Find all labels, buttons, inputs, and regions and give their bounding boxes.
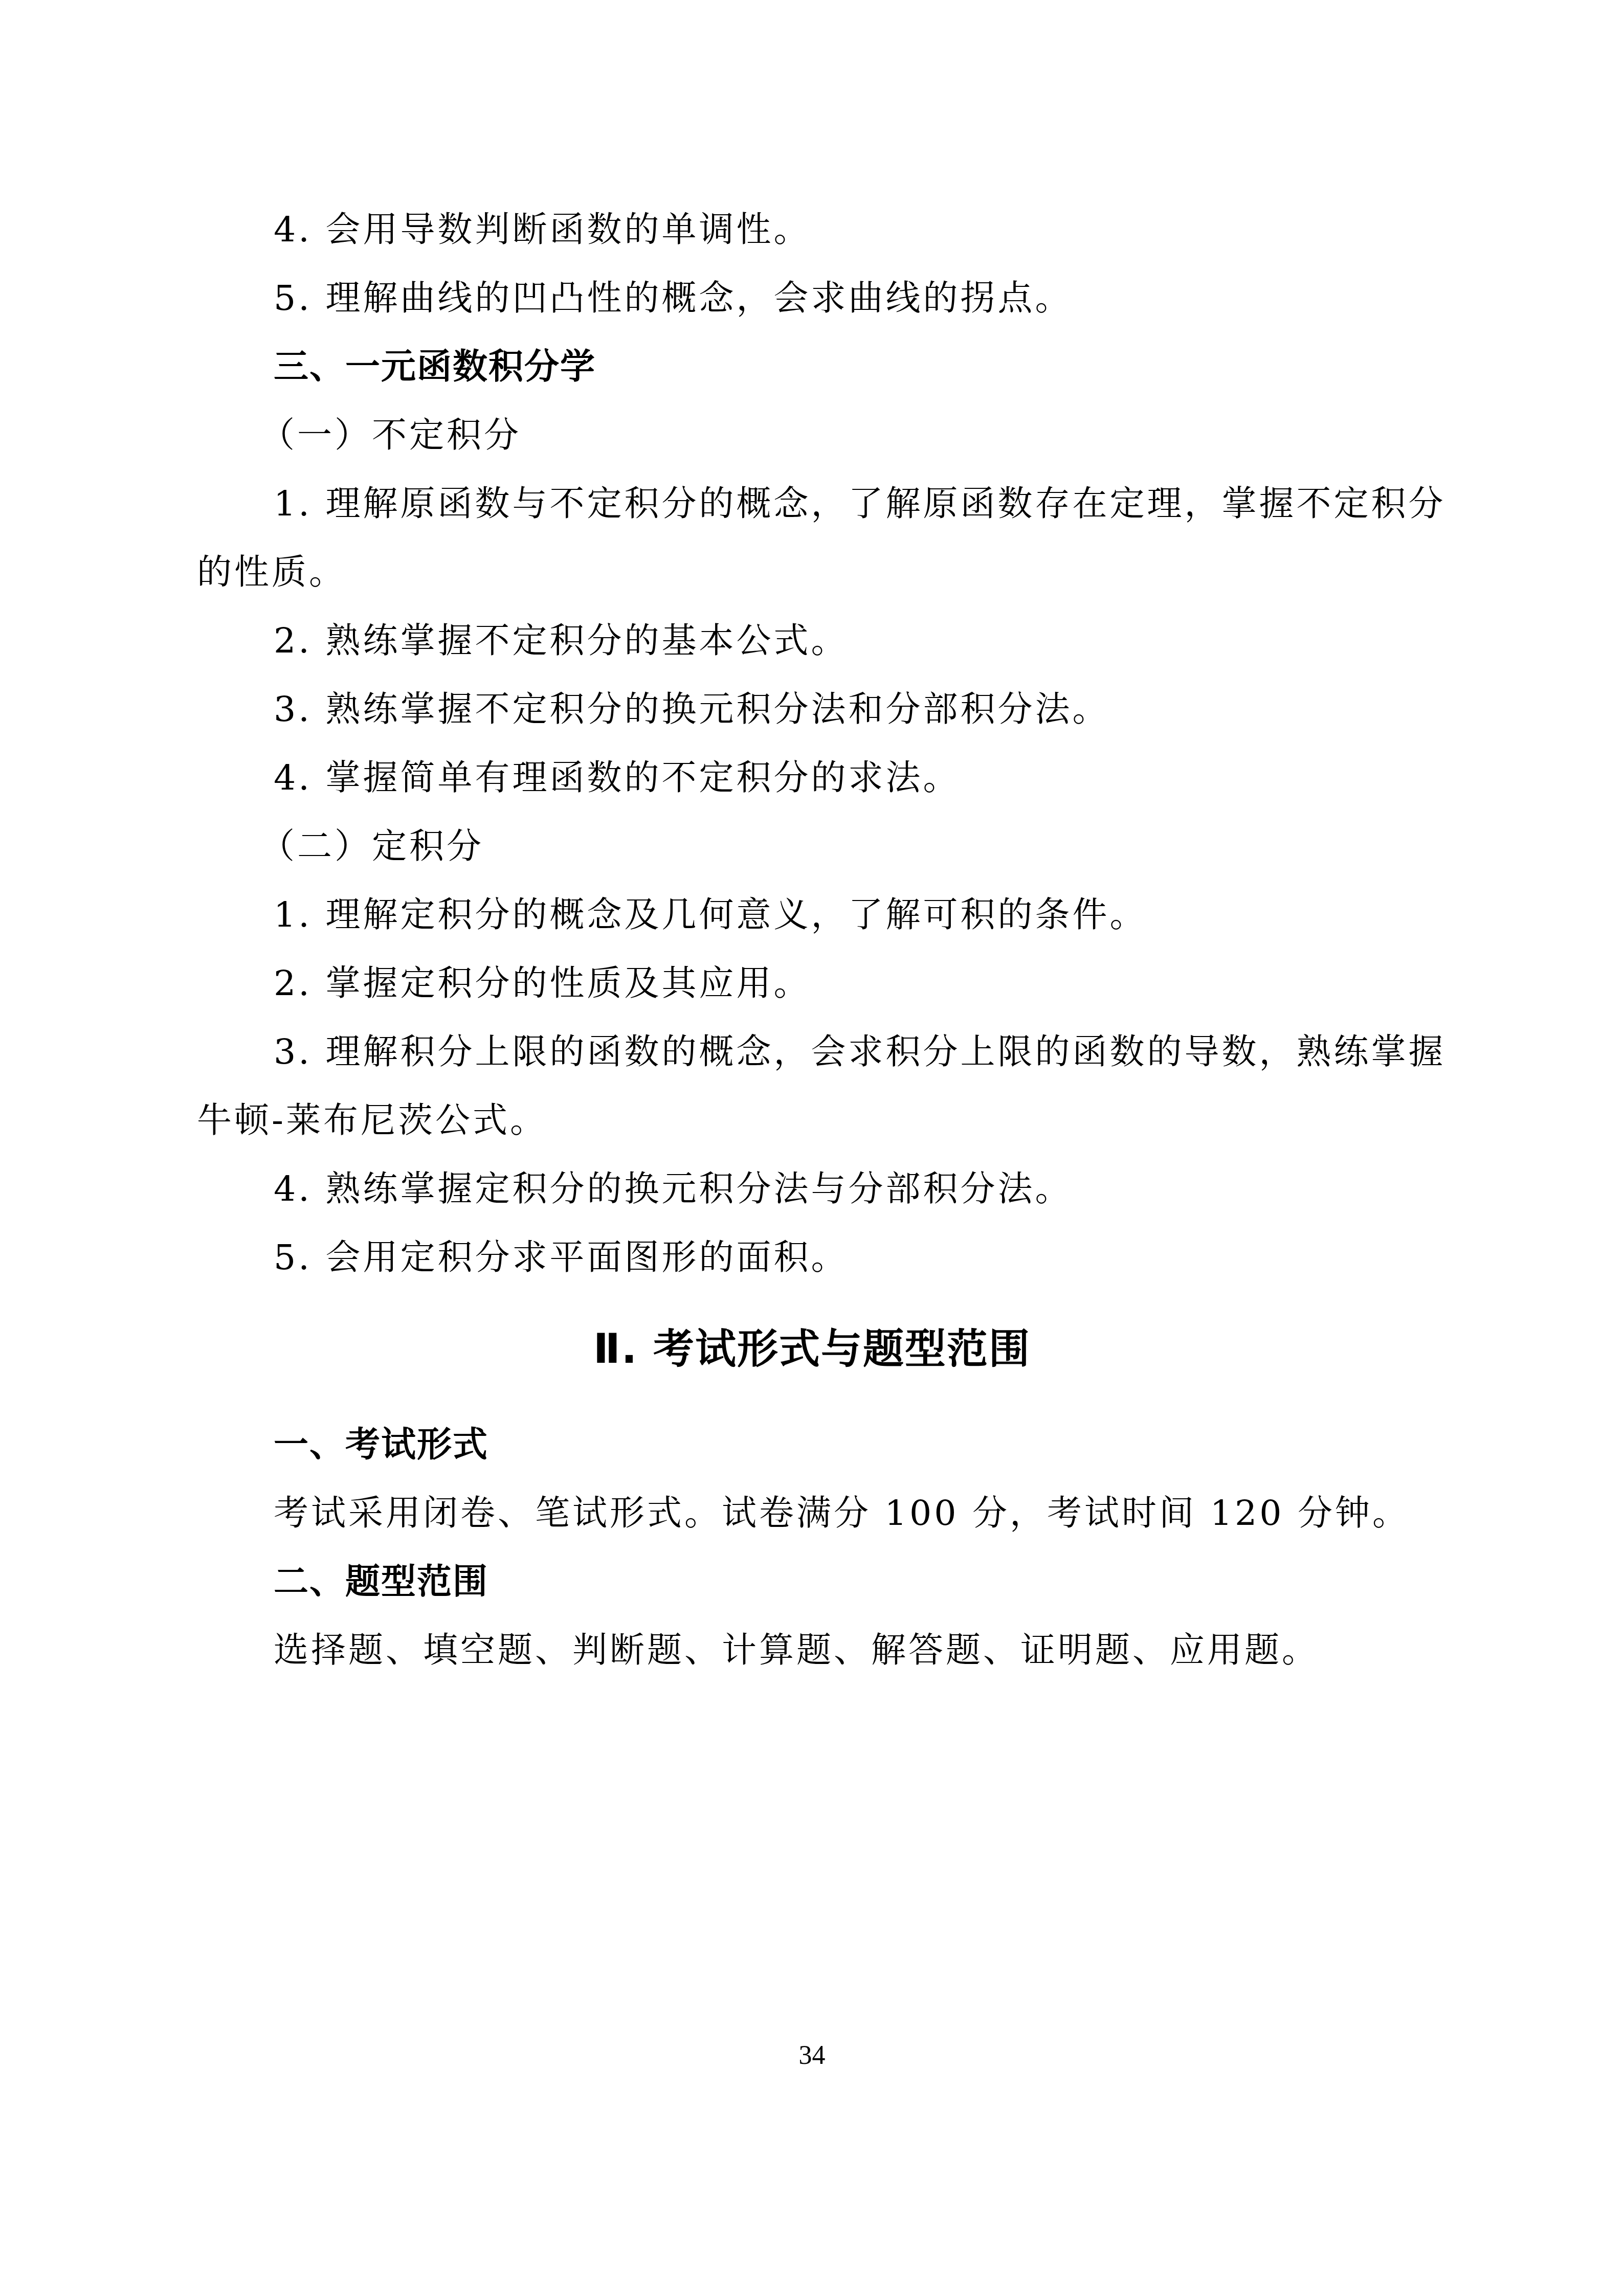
list-item: 3. 理解积分上限的函数的概念，会求积分上限的函数的导数，熟练掌握 [274, 1032, 1511, 1073]
list-item: 2. 掌握定积分的性质及其应用。 [274, 963, 1511, 1004]
subsection-heading-indefinite-integral: （一）不定积分 [260, 415, 1498, 456]
part-heading-exam-format: Ⅱ. 考试形式与题型范围 [0, 1324, 1624, 1374]
list-item: 2. 熟练掌握不定积分的基本公式。 [274, 621, 1511, 662]
list-item-continuation: 的性质。 [197, 552, 1435, 593]
list-item: 1. 理解定积分的概念及几何意义，了解可积的条件。 [274, 895, 1511, 936]
section-heading-integral-calculus: 三、一元函数积分学 [274, 347, 1511, 388]
paragraph-question-types: 选择题、填空题、判断题、计算题、解答题、证明题、应用题。 [274, 1630, 1511, 1671]
document-page: 4. 会用导数判断函数的单调性。 5. 理解曲线的凹凸性的概念，会求曲线的拐点。… [0, 0, 1624, 2296]
list-item: 1. 理解原函数与不定积分的概念，了解原函数存在定理，掌握不定积分 [274, 484, 1511, 525]
list-item-continuation: 牛顿-莱布尼茨公式。 [197, 1100, 1435, 1141]
section-heading-question-types: 二、题型范围 [274, 1562, 1511, 1603]
section-heading-exam-form: 一、考试形式 [274, 1425, 1511, 1466]
page-number: 34 [0, 2040, 1624, 2071]
list-item: 3. 熟练掌握不定积分的换元积分法和分部积分法。 [274, 689, 1511, 730]
list-item: 5. 理解曲线的凹凸性的概念，会求曲线的拐点。 [274, 278, 1511, 319]
list-item: 5. 会用定积分求平面图形的面积。 [274, 1237, 1511, 1278]
list-item: 4. 熟练掌握定积分的换元积分法与分部积分法。 [274, 1169, 1511, 1210]
paragraph-exam-form: 考试采用闭卷、笔试形式。试卷满分 100 分，考试时间 120 分钟。 [274, 1493, 1511, 1534]
subsection-heading-definite-integral: （二）定积分 [260, 826, 1498, 867]
list-item: 4. 掌握简单有理函数的不定积分的求法。 [274, 758, 1511, 799]
list-item: 4. 会用导数判断函数的单调性。 [274, 210, 1511, 251]
